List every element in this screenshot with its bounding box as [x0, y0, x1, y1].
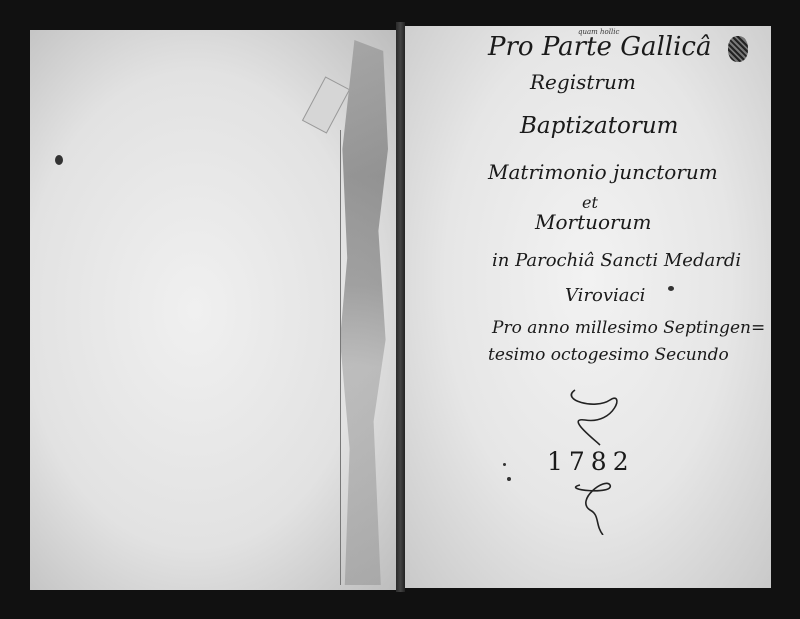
ink-blot	[503, 463, 506, 466]
scanned-document: Pro Parte Gallicâ quam hollic Registrum …	[0, 0, 800, 619]
page-gutter	[396, 22, 405, 592]
line-matrimonio: Matrimonio junctorum	[488, 160, 718, 184]
left-page	[30, 30, 396, 590]
line-pro-anno: Pro anno millesimo Septingen=	[492, 318, 765, 338]
line-viroviaci: Viroviaci	[565, 285, 645, 306]
line-registrum: Registrum	[530, 70, 636, 94]
line-mortuorum: Mortuorum	[535, 210, 651, 234]
ink-blot	[55, 155, 63, 165]
year-label: 1782	[547, 447, 635, 476]
line-tesimo: tesimo octogesimo Secundo	[488, 345, 729, 365]
ink-blot	[668, 286, 674, 291]
seal-mark-icon	[728, 36, 748, 62]
ink-blot	[507, 477, 511, 481]
marginal-note: quam hollic	[578, 28, 619, 36]
line-parochia: in Parochiâ Sancti Medardi	[492, 250, 741, 271]
heading-pro-parte-gallica: Pro Parte Gallicâ	[488, 32, 711, 62]
margin-rule	[340, 130, 341, 585]
line-baptizatorum: Baptizatorum	[520, 113, 678, 139]
